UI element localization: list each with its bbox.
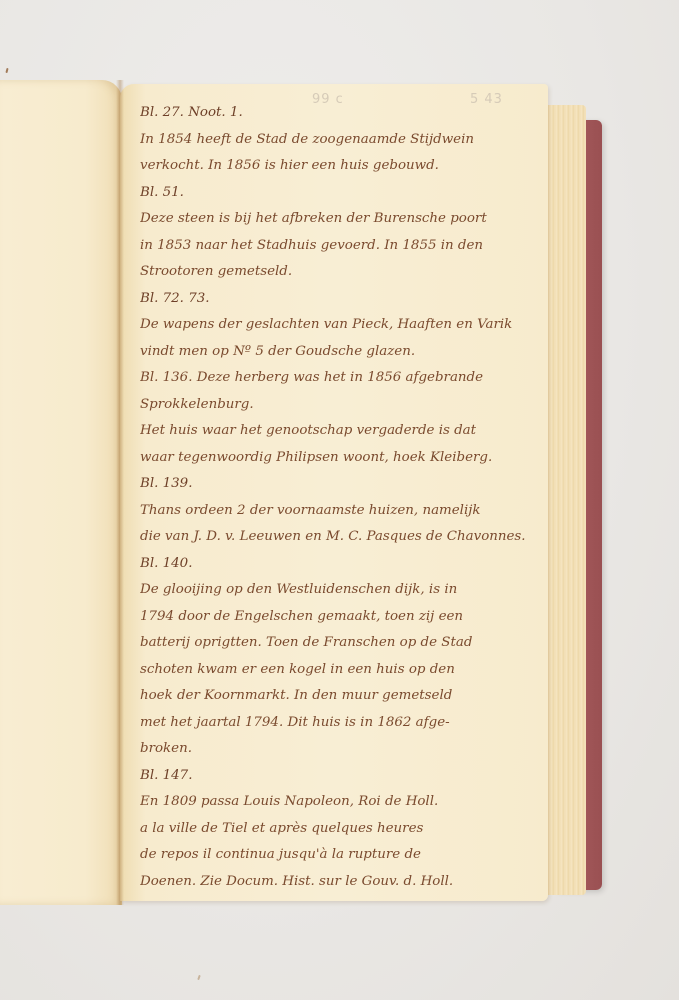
entry-line: De wapens der geslachten van Pieck, Haaf…	[140, 312, 545, 339]
ink-speck	[197, 975, 201, 980]
entry-line: verkocht. In 1856 is hier een huis gebou…	[140, 153, 545, 180]
entry-line-bl136: Bl. 136. Deze herberg was het in 1856 af…	[140, 365, 545, 392]
entry-line: Het huis waar het genootschap vergaderde…	[140, 418, 545, 445]
entry-ref-bl51: Bl. 51.	[140, 180, 545, 207]
entry-ref-bl139: Bl. 139.	[140, 471, 545, 498]
book-gutter	[116, 80, 124, 905]
entry-ref-bl140: Bl. 140.	[140, 551, 545, 578]
entry-line: 1794 door de Engelschen gemaakt, toen zi…	[140, 604, 545, 631]
entry-line: a la ville de Tiel et après quelques heu…	[140, 816, 545, 843]
entry-ref-bl72-73: Bl. 72. 73.	[140, 286, 545, 313]
entry-line: Deze steen is bij het afbreken der Buren…	[140, 206, 545, 233]
entry-line: met het jaartal 1794. Dit huis is in 186…	[140, 710, 545, 737]
manuscript-text: Bl. 27. Noot. 1. In 1854 heeft de Stad d…	[140, 100, 545, 895]
entry-line: Strootoren gemetseld.	[140, 259, 545, 286]
entry-line: Sprokkelenburg.	[140, 392, 545, 419]
entry-ref-bl147: Bl. 147.	[140, 763, 545, 790]
entry-line: In 1854 heeft de Stad de zoogenaamde Sti…	[140, 127, 545, 154]
entry-line: broken.	[140, 736, 545, 763]
left-page	[0, 80, 122, 905]
entry-line: in 1853 naar het Stadhuis gevoerd. In 18…	[140, 233, 545, 260]
entry-line: batterij oprigtten. Toen de Franschen op…	[140, 630, 545, 657]
entry-line: die van J. D. v. Leeuwen en M. C. Pasque…	[140, 524, 545, 551]
entry-line: waar tegenwoordig Philipsen woont, hoek …	[140, 445, 545, 472]
entry-line: de repos il continua jusqu'à la rupture …	[140, 842, 545, 869]
entry-line: Thans ordeen 2 der voornaamste huizen, n…	[140, 498, 545, 525]
entry-line: vindt men op Nº 5 der Goudsche glazen.	[140, 339, 545, 366]
entry-line: schoten kwam er een kogel in een huis op…	[140, 657, 545, 684]
entry-ref-bl27: Bl. 27. Noot. 1.	[140, 100, 545, 127]
entry-line: En 1809 passa Louis Napoleon, Roi de Hol…	[140, 789, 545, 816]
ink-speck	[5, 68, 8, 73]
entry-line: Doenen. Zie Docum. Hist. sur le Gouv. d.…	[140, 869, 545, 896]
entry-line: De glooijing op den Westluidenschen dijk…	[140, 577, 545, 604]
entry-line: hoek der Koornmarkt. In den muur gemetse…	[140, 683, 545, 710]
